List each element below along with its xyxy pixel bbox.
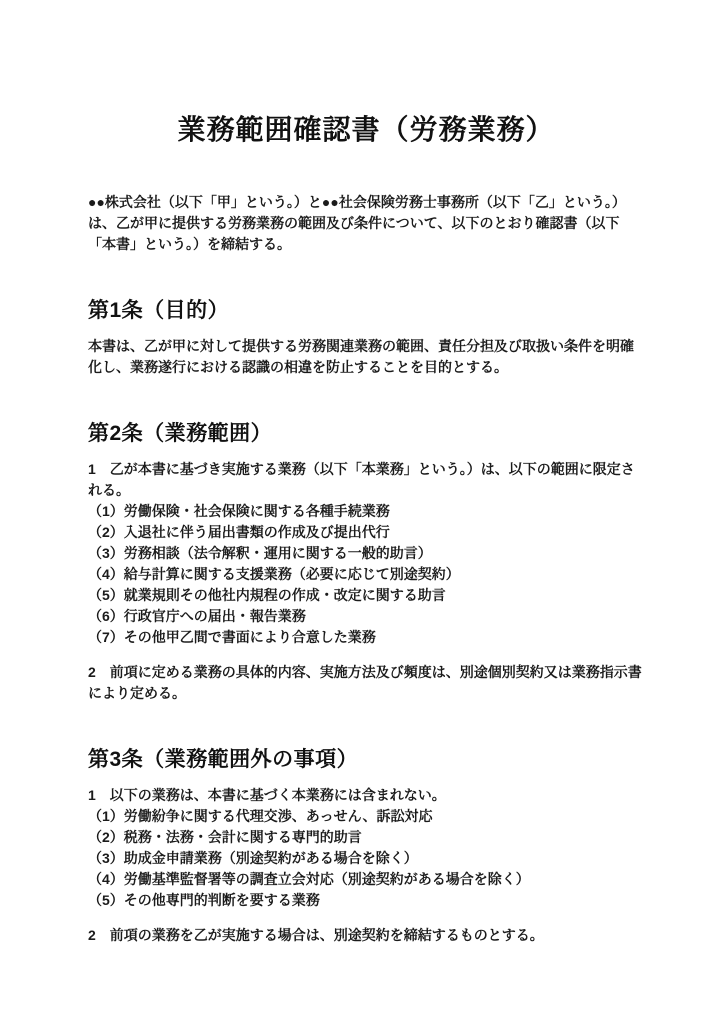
- article-2-item-list: （1）労働保険・社会保険に関する各種手続業務 （2）入退社に伴う届出書類の作成及…: [88, 501, 644, 648]
- article-3-followup: 2 前項の業務を乙が実施する場合は、別途契約を締結するものとする。: [88, 925, 644, 946]
- list-item: （1）労働保険・社会保険に関する各種手続業務: [88, 501, 644, 522]
- article-1-body: 本書は、乙が甲に対して提供する労務関連業務の範囲、責任分担及び取扱い条件を明確化…: [88, 336, 644, 378]
- document-page: 業務範囲確認書（労務業務） ●●株式会社（以下「甲」という。）と●●社会保険労務…: [0, 0, 724, 1024]
- article-1-heading: 第1条（目的）: [88, 297, 644, 324]
- list-item: （1）労働紛争に関する代理交渉、あっせん、訴訟対応: [88, 806, 644, 827]
- article-1-purpose: 第1条（目的） 本書は、乙が甲に対して提供する労務関連業務の範囲、責任分担及び取…: [88, 297, 644, 378]
- list-item: （4）労働基準監督署等の調査立会対応（別途契約がある場合を除く）: [88, 869, 644, 890]
- list-item: （7）その他甲乙間で書面により合意した業務: [88, 627, 644, 648]
- list-item: （5）就業規則その他社内規程の作成・改定に関する助言: [88, 585, 644, 606]
- article-3-lead: 1 以下の業務は、本書に基づく本業務には含まれない。: [88, 785, 644, 806]
- article-2-followup: 2 前項に定める業務の具体的内容、実施方法及び頻度は、別途個別契約又は業務指示書…: [88, 662, 644, 704]
- list-item: （2）入退社に伴う届出書類の作成及び提出代行: [88, 522, 644, 543]
- article-3-out-of-scope: 第3条（業務範囲外の事項） 1 以下の業務は、本書に基づく本業務には含まれない。…: [88, 746, 644, 946]
- list-item: （3）助成金申請業務（別途契約がある場合を除く）: [88, 848, 644, 869]
- article-2-lead: 1 乙が本書に基づき実施する業務（以下「本業務」という。）は、以下の範囲に限定さ…: [88, 459, 644, 501]
- list-item: （3）労務相談（法令解釈・運用に関する一般的助言）: [88, 543, 644, 564]
- intro-paragraph: ●●株式会社（以下「甲」という。）と●●社会保険労務士事務所（以下「乙」という。…: [88, 192, 644, 255]
- article-2-scope: 第2条（業務範囲） 1 乙が本書に基づき実施する業務（以下「本業務」という。）は…: [88, 420, 644, 704]
- list-item: （2）税務・法務・会計に関する専門的助言: [88, 827, 644, 848]
- article-3-item-list: （1）労働紛争に関する代理交渉、あっせん、訴訟対応 （2）税務・法務・会計に関す…: [88, 806, 644, 911]
- list-item: （4）給与計算に関する支援業務（必要に応じて別途契約）: [88, 564, 644, 585]
- article-3-heading: 第3条（業務範囲外の事項）: [88, 746, 644, 773]
- document-title: 業務範囲確認書（労務業務）: [88, 112, 644, 148]
- list-item: （6）行政官庁への届出・報告業務: [88, 606, 644, 627]
- article-2-heading: 第2条（業務範囲）: [88, 420, 644, 447]
- list-item: （5）その他専門的判断を要する業務: [88, 890, 644, 911]
